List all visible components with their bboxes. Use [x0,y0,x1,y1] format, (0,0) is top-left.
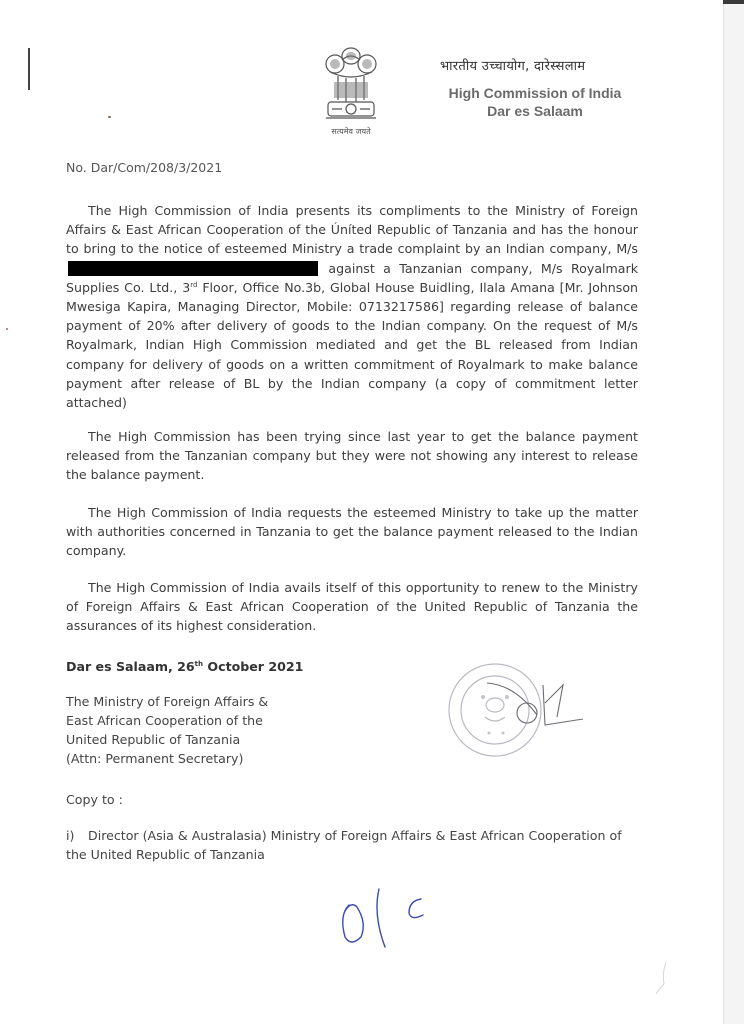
official-seal-icon [445,655,605,765]
para1-text-c: Floor, Office No.3b, Global House Buidli… [66,280,638,410]
scan-speck [6,328,8,330]
copy-to-label: Copy to : [66,792,123,807]
copy-to-item: i)Director (Asia & Australasia) Ministry… [66,826,646,864]
dateline: Dar es Salaam, 26th October 2021 [66,659,303,674]
paragraph-3: The High Commission of India requests th… [66,503,638,561]
para2-text: The High Commission has been trying sinc… [66,429,638,482]
paragraph-2: The High Commission has been trying sinc… [66,427,638,485]
scan-border [723,0,744,4]
copy-to-item-number: i) [66,826,88,845]
national-emblem-icon [320,42,382,138]
paragraph-1: The High Commission of India presents it… [66,201,638,412]
scan-artifact [652,960,676,1000]
para3-text: The High Commission of India requests th… [66,505,638,558]
letterhead-title-line2: Dar es Salaam [437,102,633,120]
para4-text: The High Commission of India avails itse… [66,580,638,633]
redacted-company-name [68,261,318,276]
emblem-motto: सत्यमेव जयते [318,126,384,137]
reference-number: No. Dar/Com/208/3/2021 [66,160,222,175]
dateline-place: Dar es Salaam, 26 [66,659,195,674]
addressee-line: United Republic of Tanzania [66,730,268,749]
document-page: सत्यमेव जयते भारतीय उच्चायोग, दारेस्सलाम… [0,0,724,1024]
para1-text-a: The High Commission of India presents it… [66,203,638,256]
addressee-line: East African Cooperation of the [66,711,268,730]
dateline-date: October 2021 [203,659,303,674]
copy-to-item-text: Director (Asia & Australasia) Ministry o… [66,828,622,862]
letterhead-title-line1: High Commission of India [437,84,633,102]
scan-speck [108,116,111,118]
letterhead-title: High Commission of India Dar es Salaam [437,84,633,120]
handwritten-note: O/c [335,885,445,955]
dateline-suffix: th [195,660,203,668]
addressee-line: The Ministry of Foreign Affairs & [66,692,268,711]
addressee-block: The Ministry of Foreign Affairs & East A… [66,692,268,768]
letterhead-hindi-title: भारतीय उच्चायोग, दारेस्सलाम [440,56,585,74]
margin-mark [28,48,30,90]
addressee-line: (Attn: Permanent Secretary) [66,749,268,768]
paragraph-4: The High Commission of India avails itse… [66,578,638,636]
